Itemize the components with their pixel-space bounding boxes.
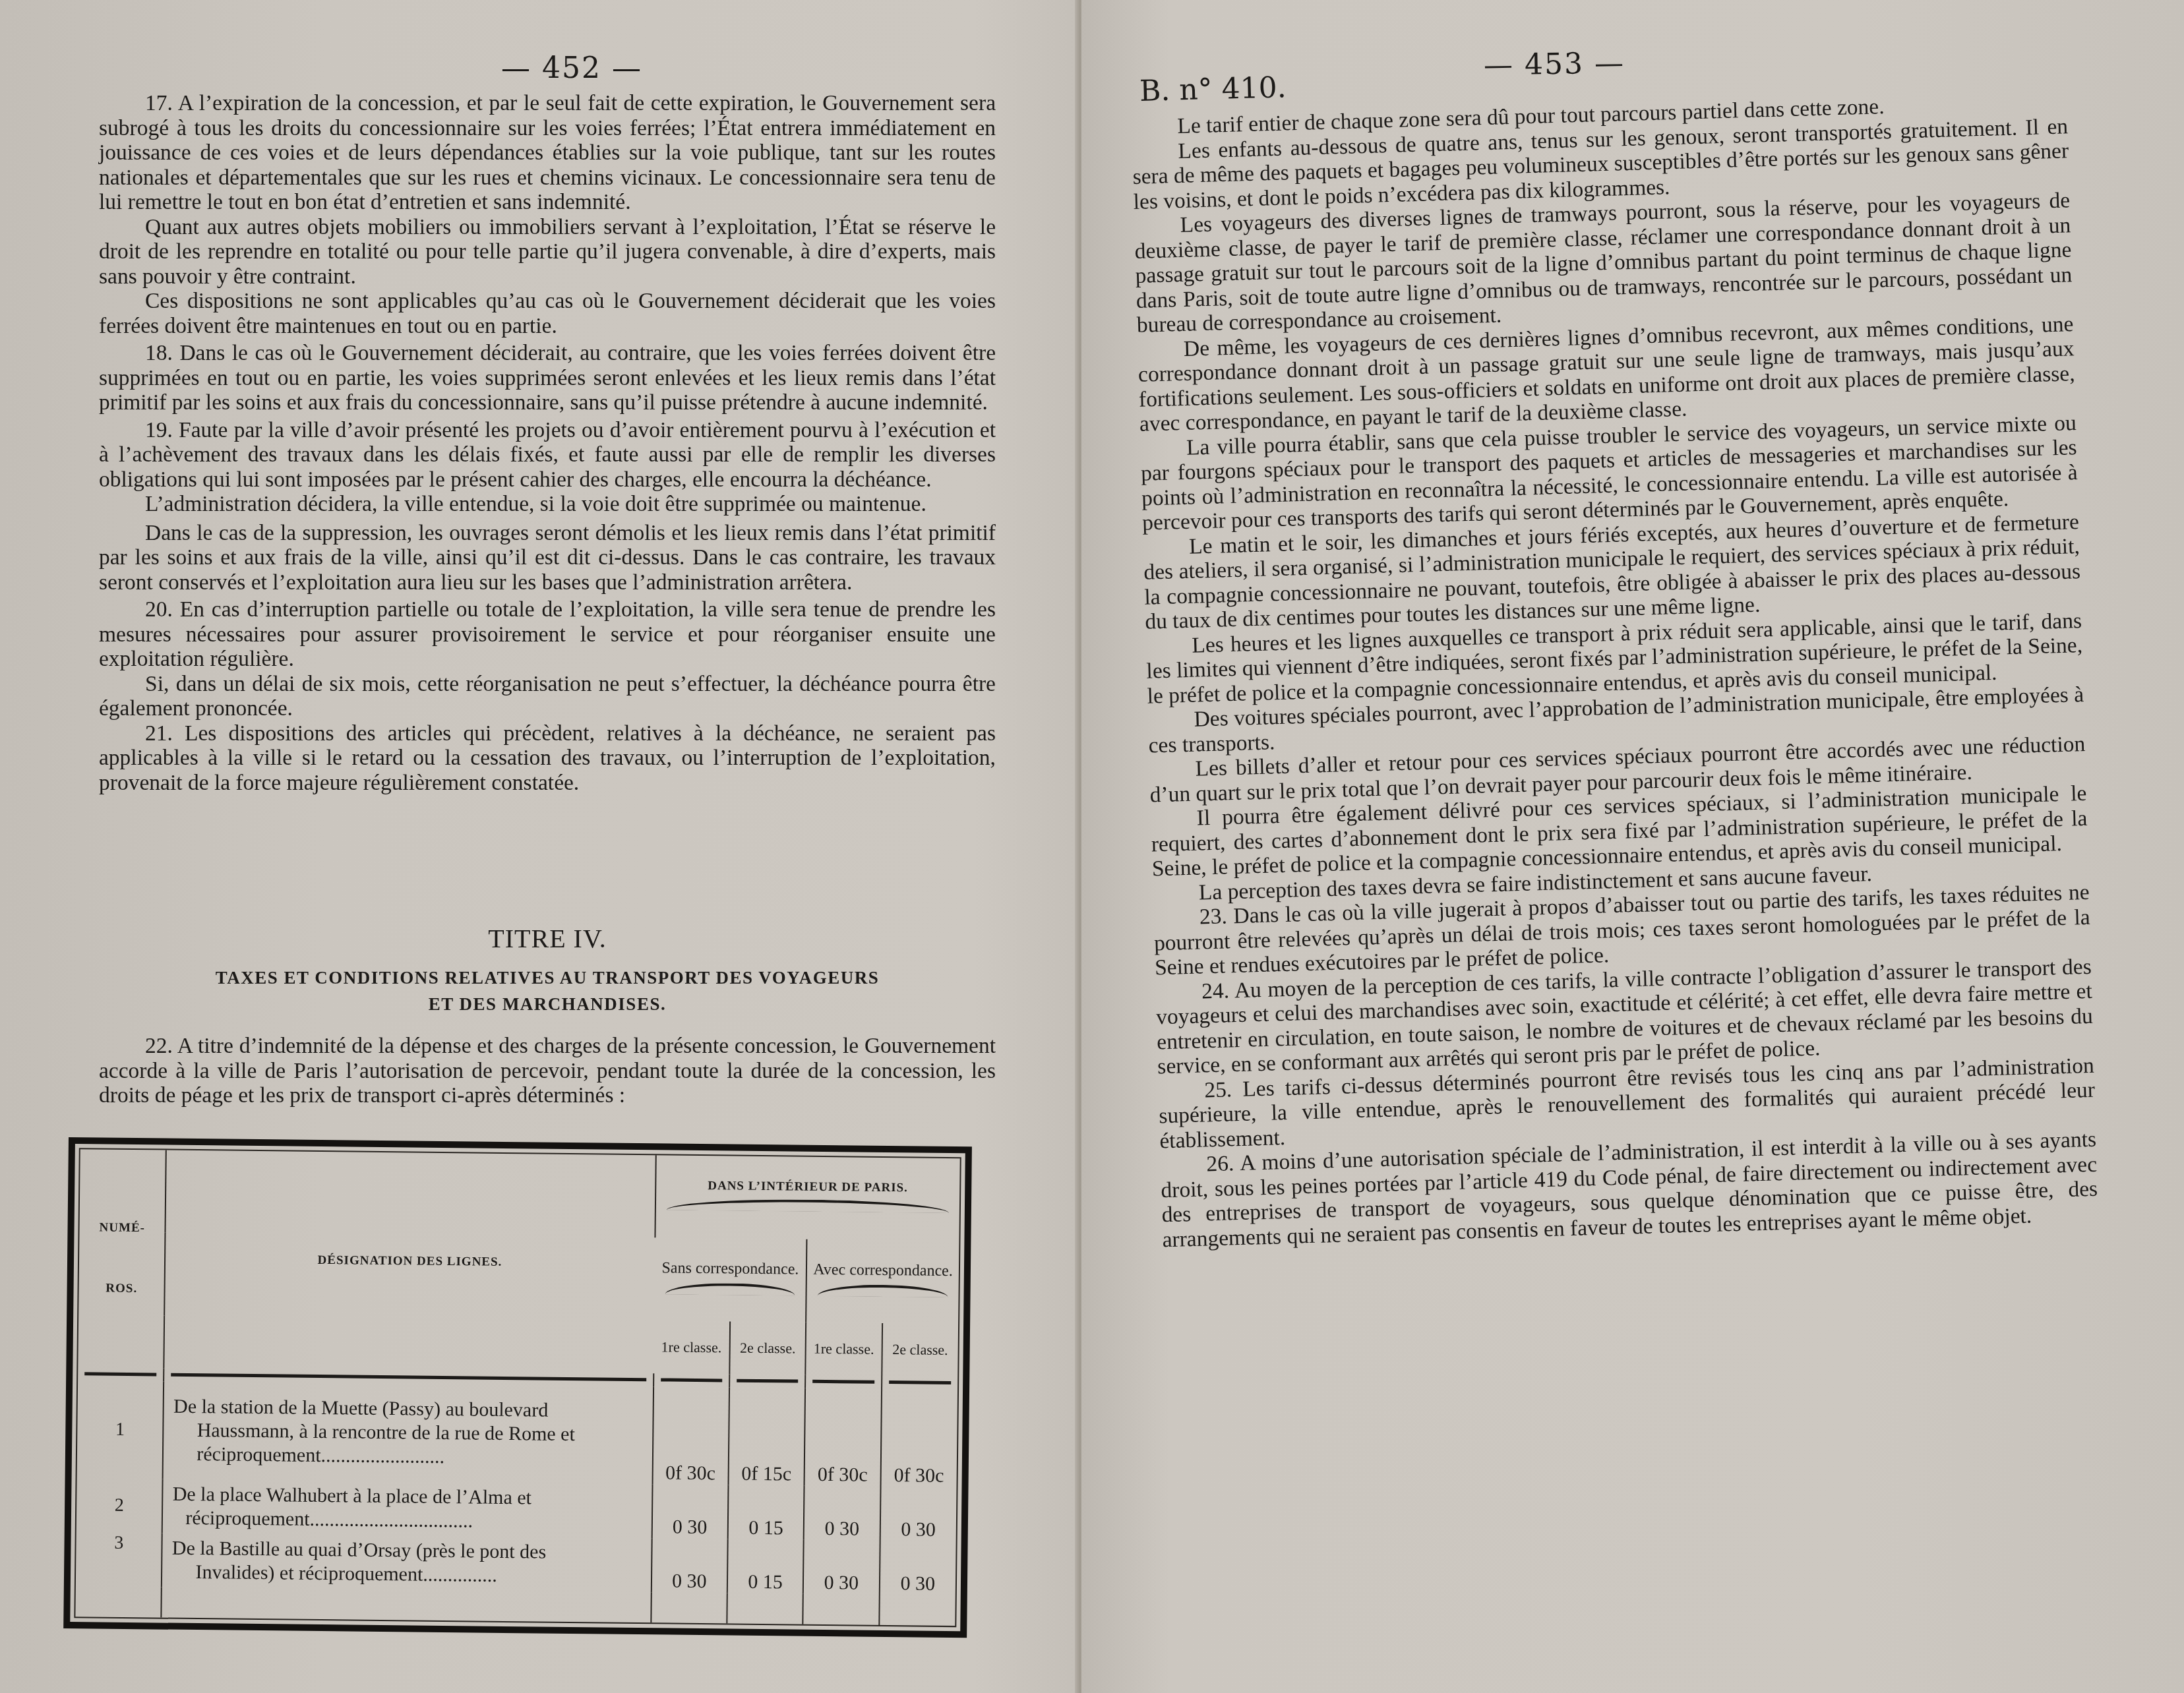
- table-row: 3 De la Bastille au quai d’Orsay (près l…: [76, 1532, 956, 1595]
- designation-line: De la Bastille au quai d’Orsay (près le …: [172, 1537, 547, 1563]
- article-22: 22. A titre d’indemnité de la dépense et…: [99, 1034, 996, 1108]
- header-avec-classe-2: 2e classe.: [882, 1323, 958, 1377]
- row-designation: De la station de la Muette (Passy) au bo…: [163, 1382, 653, 1485]
- bulletin-reference: B. n° 410.: [1139, 71, 1287, 108]
- row-designation: De la Bastille au quai d’Orsay (près le …: [162, 1533, 652, 1593]
- table-row: 2 De la place Walhubert à la place de l’…: [76, 1478, 957, 1541]
- price-avec-2: 0f 30c: [880, 1389, 957, 1487]
- titre-subtitle-line1: TAXES ET CONDITIONS RELATIVES AU TRANSPO…: [99, 965, 996, 991]
- titre-subtitle-line2: ET DES MARCHANDISES.: [99, 991, 996, 1017]
- row-number: 1: [77, 1381, 164, 1479]
- price-avec-1: 0 30: [803, 1540, 880, 1595]
- header-avec-label: Avec correspondance.: [811, 1261, 955, 1280]
- row-number: 3: [76, 1532, 162, 1587]
- header-sans-classe-1: 1re classe.: [653, 1321, 730, 1374]
- paragraph-article-18: 18. Dans le cas où le Gouvernement décid…: [99, 341, 996, 415]
- price-avec-2: 0 30: [879, 1541, 956, 1595]
- header-group-label: DANS L’INTÉRIEUR DE PARIS.: [660, 1178, 956, 1196]
- page-number-right: — 453 —: [1484, 46, 1625, 82]
- paragraph-article-20: 20. En cas d’interruption partielle ou t…: [99, 597, 996, 672]
- designation-line: De la place Walhubert à la place de l’Al…: [173, 1483, 532, 1509]
- designation-continuation: Invalides) et réciproquement............…: [171, 1560, 647, 1589]
- paragraph: L’administration décidera, la ville ente…: [99, 492, 996, 517]
- section-title: TITRE IV. TAXES ET CONDITIONS RELATIVES …: [99, 923, 996, 1017]
- price-avec-2: 0 30: [880, 1487, 956, 1541]
- row-number: 2: [76, 1478, 163, 1533]
- brace-divider: [665, 1283, 795, 1296]
- designation-continuation: réciproquement..........................…: [172, 1506, 648, 1535]
- page-number-left: — 452 —: [501, 51, 642, 85]
- header-interieur-paris: DANS L’INTÉRIEUR DE PARIS.: [655, 1155, 960, 1241]
- price-sans-2: 0 15: [727, 1539, 804, 1594]
- header-sans-classe-2: 2e classe.: [729, 1321, 806, 1375]
- tariff-table: NUMÉ- ROS. DÉSIGNATION DES LIGNES. DANS …: [63, 1137, 972, 1638]
- paragraph-article-21: 21. Les dispositions des articles qui pr…: [99, 721, 996, 796]
- price-sans-2: 0 15: [728, 1485, 804, 1540]
- titre-heading: TITRE IV.: [99, 923, 996, 954]
- row-designation: De la place Walhubert à la place de l’Al…: [162, 1479, 652, 1539]
- header-avec-correspondance: Avec correspondance.: [806, 1239, 959, 1324]
- header-numeros-line1: NUMÉ-: [83, 1221, 161, 1236]
- price-sans-1: 0f 30c: [652, 1386, 729, 1485]
- price-avec-1: 0 30: [804, 1486, 880, 1541]
- paragraph-article-19: 19. Faute par la ville d’avoir présenté …: [99, 418, 996, 492]
- designation-line: De la station de la Muette (Passy) au bo…: [173, 1396, 548, 1421]
- table-row: 1 De la station de la Muette (Passy) au …: [77, 1381, 957, 1487]
- price-avec-1: 0f 30c: [804, 1388, 882, 1487]
- paragraph: Quant aux autres objets mobiliers ou imm…: [99, 215, 996, 289]
- left-page: — 452 — 17. A l’expiration de la concess…: [0, 0, 1081, 1693]
- paragraph: Ces dispositions ne sont applicables qu’…: [99, 289, 996, 338]
- header-avec-classe-1: 1re classe.: [806, 1322, 882, 1375]
- paragraph-article-17: 17. A l’expiration de la concession, et …: [99, 91, 996, 215]
- right-body-text: Le tarif entier de chaque zone sera dû p…: [1131, 89, 2099, 1252]
- paragraph-article-22: 22. A titre d’indemnité de la dépense et…: [99, 1034, 996, 1108]
- brace-divider: [667, 1198, 950, 1212]
- paragraph: Dans le cas de la suppression, les ouvra…: [99, 521, 996, 595]
- paragraph: Si, dans un délai de six mois, cette réo…: [99, 672, 996, 721]
- header-sans-correspondance: Sans correspondance.: [654, 1238, 807, 1322]
- price-sans-1: 0 30: [651, 1539, 727, 1593]
- designation-continuation: Haussmann, à la rencontre de la rue de R…: [173, 1419, 648, 1471]
- header-sans-label: Sans correspondance.: [658, 1259, 802, 1278]
- header-designation: DÉSIGNATION DES LIGNES.: [164, 1150, 656, 1373]
- header-numeros: NUMÉ- ROS.: [78, 1149, 166, 1368]
- left-body-text: 17. A l’expiration de la concession, et …: [99, 91, 996, 795]
- price-sans-2: 0f 15c: [728, 1388, 805, 1486]
- header-numeros-line2: ROS.: [82, 1282, 160, 1297]
- price-sans-1: 0 30: [652, 1485, 728, 1539]
- brace-divider: [818, 1284, 948, 1297]
